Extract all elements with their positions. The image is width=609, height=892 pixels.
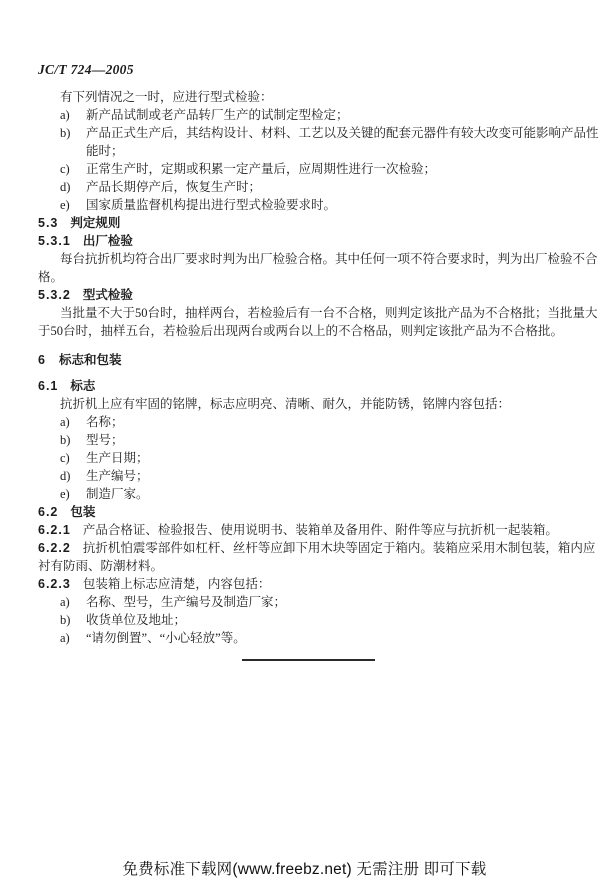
list-marker: d) [60, 178, 86, 196]
list-item: d)生产编号； [38, 467, 578, 485]
clause: 6.2.1产品合格证、检验报告、使用说明书、装箱单及备用件、附件等应与抗折机一起… [38, 521, 578, 539]
paragraph: 当批量不大于50台时，抽样两台，若检验后有一台不合格，则判定该批产品为不合格批；… [38, 304, 578, 340]
list-item: e)国家质量监督机构提出进行型式检验要求时。 [38, 196, 578, 214]
clause: 6.2.3包装箱上标志应清楚，内容包括： [38, 575, 578, 593]
list-item-line: a)“请勿倒置”、“小心轻放”等。 [38, 629, 578, 647]
list-text: “请勿倒置”、“小心轻放”等。 [86, 631, 246, 645]
end-of-text-rule-line [242, 659, 375, 661]
list-item-line: a)新产品试制或老产品转厂生产的试制定型检定； [38, 106, 578, 124]
heading-number: 5.3 [38, 216, 58, 230]
heading-title: 包装 [70, 505, 95, 519]
paragraph: 每台抗折机均符合出厂要求时判为出厂检验合格。其中任何一项不符合要求时，判为出厂检… [38, 250, 578, 286]
section-heading: 5.3.2型式检验 [38, 286, 578, 304]
document-page: JC/T 724—2005 有下列情况之一时，应进行型式检验：a)新产品试制或老… [0, 0, 609, 892]
paragraph-line: 有下列情况之一时，应进行型式检验： [38, 88, 578, 106]
paragraph-line: 抗折机上应有牢固的铭牌，标志应明亮、清晰、耐久，并能防锈，铭牌内容包括： [38, 395, 578, 413]
list-text: 产品正式生产后，其结构设计、材料、工艺以及关键的配套元器件有较大改变可能影响产品… [86, 126, 599, 140]
clause-number: 6.2.1 [38, 523, 71, 537]
paragraph: 抗折机上应有牢固的铭牌，标志应明亮、清晰、耐久，并能防锈，铭牌内容包括： [38, 395, 578, 413]
section-heading: 5.3判定规则 [38, 214, 578, 232]
heading-title: 型式检验 [83, 288, 133, 302]
list-text: 名称； [86, 415, 124, 429]
clause: 6.2.2抗折机怕震零部件如杠杆、丝杆等应卸下用木块等固定于箱内。装箱应采用木制… [38, 539, 578, 575]
paragraph-line: 当批量不大于50台时，抽样两台，若检验后有一台不合格，则判定该批产品为不合格批；… [38, 304, 578, 322]
list-item-line: e)国家质量监督机构提出进行型式检验要求时。 [38, 196, 578, 214]
list-marker: b) [60, 431, 86, 449]
list-text: 国家质量监督机构提出进行型式检验要求时。 [86, 198, 336, 212]
chapter-heading: 6标志和包装 [38, 351, 578, 369]
list-marker: a) [60, 413, 86, 431]
list-item: e)制造厂家。 [38, 485, 578, 503]
paragraph-line: 每台抗折机均符合出厂要求时判为出厂检验合格。其中任何一项不符合要求时，判为出厂检… [38, 250, 578, 268]
list-item: c)生产日期； [38, 449, 578, 467]
list-marker: e) [60, 485, 86, 503]
list-marker: c) [60, 449, 86, 467]
list-item-line: b)产品正式生产后，其结构设计、材料、工艺以及关键的配套元器件有较大改变可能影响… [38, 124, 578, 142]
list-text: 型号； [86, 433, 124, 447]
list-text: 产品长期停产后，恢复生产时； [86, 180, 261, 194]
list-item-line: b)型号； [38, 431, 578, 449]
clause-line: 衬有防雨、防潮材料。 [38, 557, 578, 575]
list-text: 新产品试制或老产品转厂生产的试制定型检定； [86, 108, 349, 122]
list-marker: a) [60, 593, 86, 611]
clause-number: 6.2.3 [38, 577, 71, 591]
page-footer: 免费标准下载网(www.freebz.net) 无需注册 即可下载 [0, 857, 609, 879]
clause-text: 抗折机怕震零部件如杠杆、丝杆等应卸下用木块等固定于箱内。装箱应采用木制包装，箱内… [83, 541, 596, 555]
list-marker: b) [60, 124, 86, 142]
list-marker: d) [60, 467, 86, 485]
list-item: b)产品正式生产后，其结构设计、材料、工艺以及关键的配套元器件有较大改变可能影响… [38, 124, 578, 160]
list-item: a)名称； [38, 413, 578, 431]
list-marker: e) [60, 196, 86, 214]
list-item-line: c)正常生产时，定期或积累一定产量后，应周期性进行一次检验； [38, 160, 578, 178]
section-heading: 5.3.1出厂检验 [38, 232, 578, 250]
list-text: 生产日期； [86, 451, 149, 465]
heading-title: 标志 [70, 379, 95, 393]
list-item: d)产品长期停产后，恢复生产时； [38, 178, 578, 196]
list-text: 制造厂家。 [86, 487, 149, 501]
end-of-text-rule [38, 659, 578, 661]
list-text: 收货单位及地址； [86, 613, 186, 627]
list-item: a)新产品试制或老产品转厂生产的试制定型检定； [38, 106, 578, 124]
paragraph: 有下列情况之一时，应进行型式检验： [38, 88, 578, 106]
heading-number: 6.2 [38, 505, 58, 519]
list-marker: c) [60, 160, 86, 178]
heading-number: 6 [38, 353, 45, 367]
list-item: a)名称、型号，生产编号及制造厂家； [38, 593, 578, 611]
heading-number: 6.1 [38, 379, 58, 393]
document-body: 有下列情况之一时，应进行型式检验：a)新产品试制或老产品转厂生产的试制定型检定；… [38, 88, 578, 661]
list-text: 名称、型号，生产编号及制造厂家； [86, 595, 286, 609]
clause-line: 6.2.1产品合格证、检验报告、使用说明书、装箱单及备用件、附件等应与抗折机一起… [38, 521, 578, 539]
list-item-line: e)制造厂家。 [38, 485, 578, 503]
heading-number: 5.3.2 [38, 288, 71, 302]
heading-title: 标志和包装 [59, 353, 122, 367]
heading-number: 5.3.1 [38, 234, 71, 248]
list-text: 正常生产时，定期或积累一定产量后，应周期性进行一次检验； [86, 162, 436, 176]
list-item-line: d)生产编号； [38, 467, 578, 485]
list-text: 生产编号； [86, 469, 149, 483]
clause-number: 6.2.2 [38, 541, 71, 555]
clause-line: 6.2.2抗折机怕震零部件如杠杆、丝杆等应卸下用木块等固定于箱内。装箱应采用木制… [38, 539, 578, 557]
section-heading: 6.1标志 [38, 377, 578, 395]
list-item: a)“请勿倒置”、“小心轻放”等。 [38, 629, 578, 647]
heading-title: 判定规则 [70, 216, 120, 230]
clause-text: 包装箱上标志应清楚，内容包括： [83, 577, 271, 591]
list-marker: a) [60, 629, 86, 647]
heading-title: 出厂检验 [83, 234, 133, 248]
list-item: c)正常生产时，定期或积累一定产量后，应周期性进行一次检验； [38, 160, 578, 178]
section-heading: 6.2包装 [38, 503, 578, 521]
paragraph-line: 于50台时，抽样五台，若检验后出现两台或两台以上的不合格品，则判定该批产品为不合… [38, 322, 578, 340]
clause-line: 6.2.3包装箱上标志应清楚，内容包括： [38, 575, 578, 593]
list-item-line: d)产品长期停产后，恢复生产时； [38, 178, 578, 196]
list-item-line: 能时； [38, 142, 578, 160]
clause-text: 产品合格证、检验报告、使用说明书、装箱单及备用件、附件等应与抗折机一起装箱。 [83, 523, 558, 537]
list-item: b)型号； [38, 431, 578, 449]
list-item-line: a)名称、型号，生产编号及制造厂家； [38, 593, 578, 611]
footer-text: 免费标准下载网(www.freebz.net) 无需注册 即可下载 [122, 861, 486, 878]
list-item: b)收货单位及地址； [38, 611, 578, 629]
list-item-line: c)生产日期； [38, 449, 578, 467]
standard-number: JC/T 724—2005 [38, 62, 134, 78]
list-item-line: a)名称； [38, 413, 578, 431]
paragraph-line: 格。 [38, 268, 578, 286]
list-marker: b) [60, 611, 86, 629]
list-marker: a) [60, 106, 86, 124]
list-item-line: b)收货单位及地址； [38, 611, 578, 629]
